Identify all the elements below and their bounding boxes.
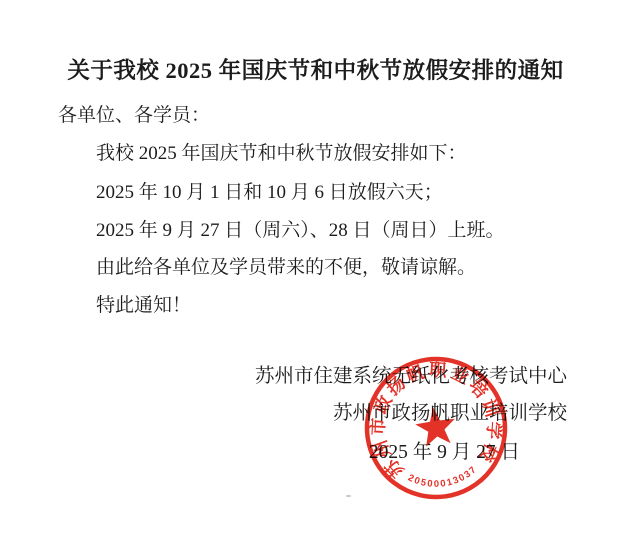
notice-date: 2025 年 9 月 27 日	[369, 442, 520, 463]
scan-artifact	[346, 495, 351, 497]
notice-title: 关于我校 2025 年国庆节和中秋节放假安排的通知	[0, 59, 631, 84]
signature-org-2: 苏州市政扬帆职业培训学校	[333, 403, 567, 424]
notice-paragraph: 2025 年 9 月 27 日（周六）、28 日（周日）上班。	[96, 221, 505, 242]
notice-paragraph: 由此给各单位及学员带来的不便，敬请谅解。	[96, 258, 476, 279]
signature-org-1: 苏州市住建系统无纸化考核考试中心	[255, 366, 567, 387]
notice-document: 关于我校 2025 年国庆节和中秋节放假安排的通知 各单位、各学员： 我校 20…	[0, 0, 631, 542]
notice-paragraph: 特此通知！	[96, 296, 191, 317]
salutation: 各单位、各学员：	[58, 106, 210, 127]
notice-paragraph: 我校 2025 年国庆节和中秋节放假安排如下：	[96, 144, 467, 165]
notice-paragraph: 2025 年 10 月 1 日和 10 月 6 日放假六天；	[96, 183, 443, 204]
